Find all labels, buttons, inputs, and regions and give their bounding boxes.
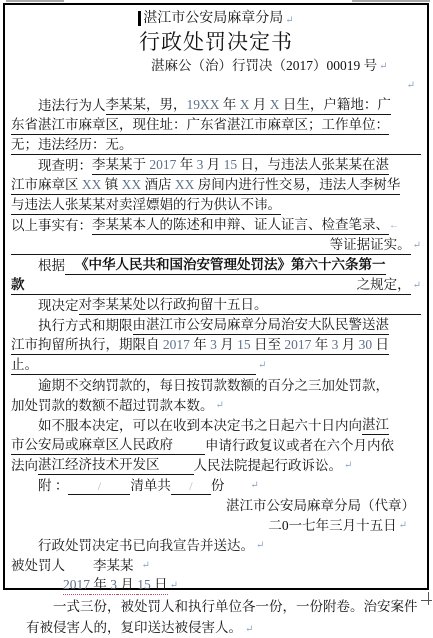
text-run: XX: [122, 176, 142, 195]
underline-fill: [11, 238, 330, 255]
header-agency-line: 湛江市公安局麻章分局 ↵: [11, 7, 421, 29]
text-run: 房间内进行性交易，违法人李树华: [194, 176, 400, 195]
underline-fill: [25, 278, 357, 295]
underline-fill: [268, 298, 422, 315]
document-line: 加处罚款的数额不超过罚款本数。↵: [11, 395, 421, 415]
text-run: 2017: [163, 336, 190, 355]
text-run: 止。: [11, 356, 38, 375]
footnote-text: 一式三份，被处罚人和执行单位各一份，一份附卷。治安案件有被侵害人的，复印送达被侵…: [26, 599, 418, 635]
document-line: 无；违法经历：无。: [11, 135, 421, 155]
text-run: X: [240, 96, 250, 115]
text-run: 月: [203, 156, 223, 175]
text-run: XX: [175, 176, 195, 195]
paragraph-mark-icon: ↵: [248, 477, 258, 495]
text-run: 对李某某处以行政拘留十五日。: [79, 296, 268, 315]
text-run: 月: [117, 576, 137, 595]
text-run: 款: [11, 276, 25, 295]
spacer: [11, 578, 63, 595]
text-run: 附 ：: [38, 477, 68, 495]
text-run: 月: [217, 336, 237, 355]
text-run: 二0一七年三月十五日: [268, 517, 396, 535]
text-run: 李某某: [93, 557, 134, 575]
text-run: 日: [372, 336, 389, 355]
paragraph-mark-icon: ↵: [342, 457, 352, 475]
text-run: 李某某，男，: [106, 96, 187, 115]
document-line: 款之规定，↵: [11, 275, 421, 295]
paragraph-mark-icon: ↵: [397, 517, 407, 535]
paragraph-mark-icon: ↵: [411, 277, 421, 295]
document-line: 湛江市公安局麻章分局（代章）: [11, 495, 421, 515]
blank-underline: [173, 438, 205, 455]
paragraph-mark-icon: ↵: [168, 577, 178, 595]
text-run: 2017: [284, 336, 311, 355]
document-line: 江市拘留所执行，期限自 2017 年 3 月 15 日至 2017 年 3 月 …: [11, 335, 421, 355]
paragraph-mark-icon: ↵: [411, 237, 421, 255]
paragraph-mark-icon: ↵: [377, 58, 387, 75]
margin-crop-mark: [421, 600, 432, 601]
text-run: 如不服本决定，可以在收到本决定书之日起六十日内向: [38, 417, 362, 435]
document-line: 附 ：/清单共/份↵: [11, 475, 421, 495]
document-line: 江市麻章区 XX 镇 XX 酒店 XX 房间内进行性交易，违法人李树华: [11, 175, 421, 195]
text-run: 现查明：: [38, 157, 92, 175]
blank-underline: /: [171, 478, 211, 495]
document-page: 湛江市公安局麻章分局 ↵ 行政处罚决定书 湛麻公（治）行罚决（2017）0001…: [3, 3, 429, 590]
text-cursor-icon: [138, 11, 141, 26]
text-run: 3: [332, 336, 339, 355]
text-run: 李某某本人的陈述和申辩、证人证言、检查笔录、: [92, 216, 389, 235]
document-line: 现决定对李某某处以行政拘留十五日。: [11, 295, 421, 315]
text-run: 逾期不交纳罚款的，每日按罚款数额的百分之三加处罚款，: [38, 377, 389, 395]
paragraph-mark-icon: ↵: [242, 624, 253, 635]
text-run: XX: [82, 176, 102, 195]
blank-underline: /: [68, 478, 130, 495]
document-line: 执行方式和期限由湛江市公安局麻章分局治安大队民警送湛: [11, 315, 421, 335]
document-number: 湛麻公（治）行罚决（2017）00019 号: [151, 57, 377, 75]
text-run: 违法行为人: [38, 97, 106, 115]
paragraph-mark-icon: ↵: [405, 77, 415, 95]
text-run: 3: [197, 156, 204, 175]
text-run: 现决定: [38, 297, 79, 315]
text-run: 30: [359, 336, 373, 355]
text-run: 年: [176, 156, 196, 175]
text-run: 湛江经济技术开发区: [38, 456, 160, 475]
document-line: ↵: [11, 75, 421, 95]
text-run: 湛江: [362, 416, 389, 435]
spacer: [65, 558, 93, 575]
text-run: 日，与违法人张某某在湛: [237, 156, 389, 175]
document-line: 被处罚人李某某↵: [11, 555, 421, 575]
text-run: 与违法人张某某对卖淫嫖娼的行为供认不讳。: [11, 196, 281, 215]
text-run: 东省湛江市麻章区，现住址：广东省湛江市麻章区；工作单位：: [11, 116, 389, 135]
slash-mark: /: [189, 478, 192, 494]
text-run: 由湛江市公安局麻章分局治安大队民警送湛: [133, 316, 390, 335]
text-run: 19XX: [187, 96, 220, 115]
text-run: 15: [224, 156, 238, 175]
document-line: 法向湛江经济技术开发区人民法院提起行政诉讼。↵: [11, 455, 421, 475]
document-line: 以上事实有：李某某本人的陈述和申辩、证人证言、检查笔录、←: [11, 215, 421, 235]
document-line: 东省湛江市麻章区，现住址：广东省湛江市麻章区；工作单位：: [11, 115, 421, 135]
text-run: 日: [151, 576, 168, 595]
text-run: 被处罚人: [11, 557, 65, 575]
text-run: 年: [220, 96, 240, 115]
text-run: 人民法院提起行政诉讼。: [194, 457, 343, 475]
document-line: 市公安局或麻章区人民政府申请行政复议或者在六个月内依: [11, 435, 421, 455]
text-run: 根据: [38, 257, 65, 275]
text-run: 《中华人民共和国治安管理处罚法》第六十六条第一: [75, 256, 386, 275]
text-run: 2017: [149, 156, 176, 175]
document-line: 如不服本决定，可以在收到本决定书之日起六十日内向湛江: [11, 415, 421, 435]
text-run: 3: [210, 336, 217, 355]
blank-underline: [65, 258, 75, 275]
text-run: 法向: [11, 457, 38, 475]
text-run: 江市麻章区: [11, 176, 82, 195]
blank-underline: [38, 358, 256, 375]
blank-underline: [160, 458, 194, 475]
document-title: 行政处罚决定书: [11, 29, 421, 56]
document-line: 违法行为人李某某，男，19XX 年 X 月 X 日生，户籍地：广: [11, 95, 421, 115]
text-run: 申请行政复议或者在六个月内依: [205, 437, 394, 455]
text-run: 2017: [63, 576, 90, 595]
footnote: 一式三份，被处罚人和执行单位各一份，一份附卷。治安案件有被侵害人的，复印送达被侵…: [26, 596, 424, 638]
text-run: X: [270, 96, 280, 115]
text-run: 市公安局或麻章区人民政府: [11, 436, 173, 455]
slash-mark: /: [98, 478, 101, 494]
document-line: 二0一七年三月十五日↵: [11, 515, 421, 535]
margin-crop-mark: [428, 592, 429, 605]
agency-name: 湛江市公安局麻章分局: [143, 9, 283, 29]
document-line: 现查明：李某某于 2017 年 3 月 15 日，与违法人张某某在湛: [11, 155, 421, 175]
line-break-icon: ←: [389, 217, 399, 235]
text-run: 镇: [101, 176, 121, 195]
text-run: 李某某于: [92, 156, 149, 175]
text-run: 行政处罚决定书已向我宣告并送达。: [38, 537, 254, 555]
document-number-line: 湛麻公（治）行罚决（2017）00019 号 ↵: [11, 56, 421, 75]
text-run: 以上事实有：: [11, 217, 92, 235]
document-line: 等证据证实。↵: [11, 235, 421, 255]
word-document-view: 湛江市公安局麻章分局 ↵ 行政处罚决定书 湛麻公（治）行罚决（2017）0001…: [0, 0, 433, 638]
document-line: 根据《中华人民共和国治安管理处罚法》第六十六条第一: [11, 255, 421, 275]
text-run: 之规定，: [357, 276, 411, 295]
text-run: 年: [190, 336, 210, 355]
document-line: 逾期不交纳罚款的，每日按罚款数额的百分之三加处罚款，: [11, 375, 421, 395]
text-run: 加处罚款的数额不超过罚款本数。: [11, 397, 214, 415]
text-run: 日至: [251, 336, 285, 355]
screen-edge-artifact: [6, 0, 64, 2]
document-line: 与违法人张某某对卖淫嫖娼的行为供认不讳。: [11, 195, 421, 215]
paragraph-mark-icon: ↵: [283, 12, 293, 29]
text-run: 酒店: [141, 176, 175, 195]
screen-edge-artifact: [352, 0, 430, 2]
paragraph-mark-icon: ↵: [214, 397, 224, 415]
paragraph-mark-icon: ↵: [254, 537, 264, 555]
text-run: 清单共: [130, 477, 171, 495]
text-run: 江市拘留所执行，期限自: [11, 336, 163, 355]
paragraph-mark-icon: ↵: [140, 557, 150, 575]
text-run: 等证据证实。: [330, 236, 411, 255]
text-run: 湛江市公安局麻章分局（代章）: [226, 497, 415, 515]
text-run: 日生，户籍地：广: [280, 96, 391, 115]
text-run: 份: [211, 477, 225, 495]
text-run: 年: [311, 336, 331, 355]
document-line: 止。↵: [11, 355, 421, 375]
text-run: 15: [137, 576, 151, 595]
text-run: 执行方式和期限: [38, 317, 133, 335]
text-run: 无；违法经历：无。: [11, 136, 133, 155]
text-run: 月: [250, 96, 270, 115]
document-line: 行政处罚决定书已向我宣告并送达。↵: [11, 535, 421, 555]
text-run: 月: [338, 336, 358, 355]
text-run: 3: [110, 576, 117, 595]
underline-fill: [133, 138, 422, 155]
paragraph-mark-icon: ↵: [256, 357, 266, 375]
document-line: 2017 年 3 月 15 日↵: [11, 575, 421, 595]
document-body: ↵违法行为人李某某，男，19XX 年 X 月 X 日生，户籍地：广东省湛江市麻章…: [11, 75, 421, 595]
spacer: [224, 478, 248, 495]
text-run: 年: [90, 576, 110, 595]
text-run: 15: [237, 336, 251, 355]
